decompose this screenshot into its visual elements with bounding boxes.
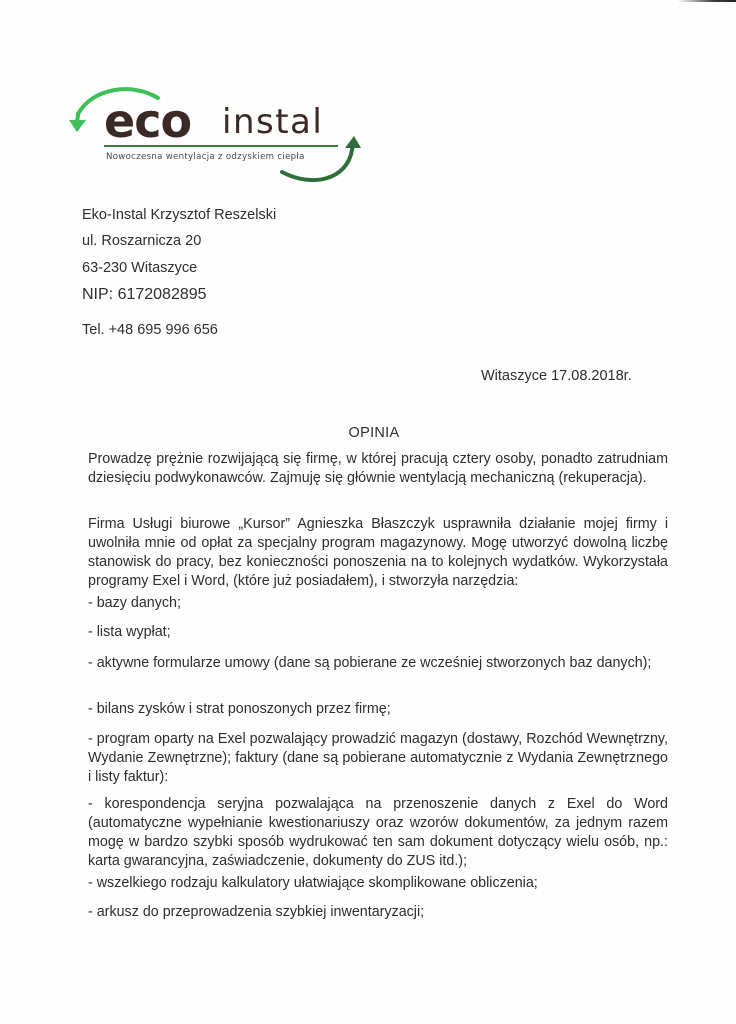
document-title: OPINIA [0, 425, 736, 441]
list-item: - program oparty na Exel pozwalający pro… [88, 730, 668, 787]
document-title-text: OPINIA [349, 425, 400, 441]
list-item: - bazy danych; [88, 594, 668, 613]
list-item: - wszelkiego rodzaju kalkulatory ułatwia… [88, 874, 668, 893]
place-and-date: Witaszyce 17.08.2018r. [481, 368, 632, 384]
sender-city: 63-230 Witaszyce [82, 260, 197, 276]
logo-tagline: Nowoczesna wentylacja z odzyskiem ciepła [106, 152, 305, 162]
logo-divider [104, 145, 338, 147]
sender-phone: Tel. +48 695 996 656 [82, 322, 218, 338]
scanned-letter-page: eco instal Nowoczesna wentylacja z odzys… [0, 0, 736, 1024]
list-item: - arkusz do przeprowadzenia szybkiej inw… [88, 903, 668, 922]
scan-edge-shadow [0, 0, 736, 2]
logo-brand-bold: eco [104, 98, 191, 144]
sender-nip: NIP: 6172082895 [82, 286, 207, 304]
sender-street: ul. Roszarnicza 20 [82, 233, 201, 249]
paragraph-kursor: Firma Usługi biurowe „Kursor” Agnieszka … [88, 515, 668, 591]
list-item: - bilans zysków i strat ponoszonych prze… [88, 700, 668, 719]
list-item: - lista wypłat; [88, 623, 668, 642]
paragraph-intro: Prowadzę prężnie rozwijającą się firmę, … [88, 450, 668, 488]
list-item: - korespondencja seryjna pozwalająca na … [88, 795, 668, 871]
company-logo: eco instal Nowoczesna wentylacja z odzys… [62, 84, 372, 188]
sender-name: Eko-Instal Krzysztof Reszelski [82, 207, 276, 223]
list-item: - aktywne formularze umowy (dane są pobi… [88, 654, 668, 673]
logo-brand-light: instal [222, 105, 323, 139]
